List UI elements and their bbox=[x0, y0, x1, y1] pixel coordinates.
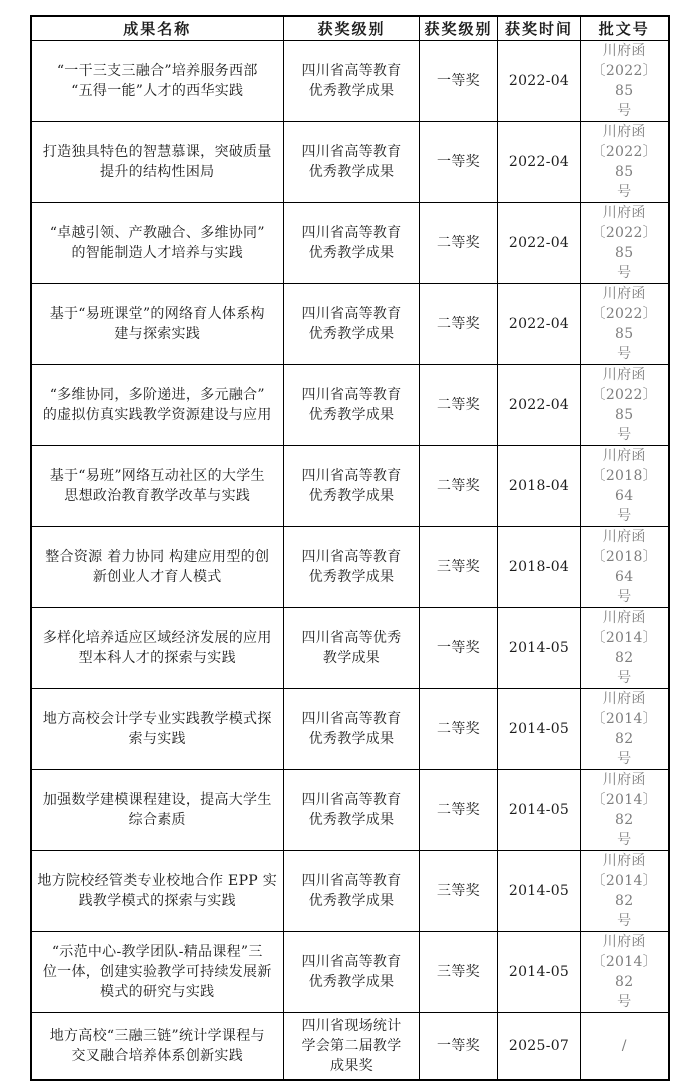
award-level-cell: 一等奖 bbox=[420, 41, 498, 122]
table-row: “卓越引领、产教融合、多维协同” 的智能制造人才培养与实践四川省高等教育 优秀教… bbox=[31, 203, 669, 284]
doc-number-cell: 川府函 〔2022〕85 号 bbox=[581, 365, 669, 446]
award-name-cell: 四川省高等教育 优秀教学成果 bbox=[284, 689, 420, 770]
col-header-award-name: 获奖级别 bbox=[284, 16, 420, 41]
result-name-cell: 基于“易班课堂”的网络育人体系构 建与探索实践 bbox=[31, 284, 284, 365]
award-level-cell: 三等奖 bbox=[420, 932, 498, 1013]
award-level-cell: 一等奖 bbox=[420, 608, 498, 689]
doc-number-cell: 川府函 〔2022〕85 号 bbox=[581, 122, 669, 203]
result-name-cell: “示范中心-教学团队-精品课程”三 位一体，创建实验教学可持续发展新 模式的研究… bbox=[31, 932, 284, 1013]
table-row: “多维协同，多阶递进，多元融合” 的虚拟仿真实践教学资源建设与应用四川省高等教育… bbox=[31, 365, 669, 446]
result-name-cell: 打造独具特色的智慧慕课，突破质量 提升的结构性困局 bbox=[31, 122, 284, 203]
table-row: 打造独具特色的智慧慕课，突破质量 提升的结构性困局四川省高等教育 优秀教学成果一… bbox=[31, 122, 669, 203]
award-name-cell: 四川省高等教育 优秀教学成果 bbox=[284, 932, 420, 1013]
table-row: 基于“易班课堂”的网络育人体系构 建与探索实践四川省高等教育 优秀教学成果二等奖… bbox=[31, 284, 669, 365]
results-table-body: “一干三支三融合”培养服务西部 “五得一能”人才的西华实践四川省高等教育 优秀教… bbox=[31, 41, 669, 1080]
table-row: 整合资源 着力协同 构建应用型的创 新创业人才育人模式四川省高等教育 优秀教学成… bbox=[31, 527, 669, 608]
results-table: 成果名称 获奖级别 获奖级别 获奖时间 批文号 “一干三支三融合”培养服务西部 … bbox=[30, 15, 670, 1081]
doc-number-cell: 川府函 〔2022〕85 号 bbox=[581, 203, 669, 284]
award-name-cell: 四川省高等教育 优秀教学成果 bbox=[284, 446, 420, 527]
award-name-cell: 四川省高等教育 优秀教学成果 bbox=[284, 527, 420, 608]
award-time-cell: 2018-04 bbox=[498, 446, 581, 527]
award-time-cell: 2022-04 bbox=[498, 122, 581, 203]
table-row: 多样化培养适应区域经济发展的应用 型本科人才的探索与实践四川省高等优秀 教学成果… bbox=[31, 608, 669, 689]
award-level-cell: 一等奖 bbox=[420, 1013, 498, 1080]
award-time-cell: 2018-04 bbox=[498, 527, 581, 608]
award-time-cell: 2022-04 bbox=[498, 365, 581, 446]
col-header-result-name: 成果名称 bbox=[31, 16, 284, 41]
award-level-cell: 二等奖 bbox=[420, 446, 498, 527]
award-time-cell: 2014-05 bbox=[498, 770, 581, 851]
doc-number-cell: 川府函 〔2014〕82 号 bbox=[581, 608, 669, 689]
header-row: 成果名称 获奖级别 获奖级别 获奖时间 批文号 bbox=[31, 16, 669, 41]
doc-number-cell: 川府函 〔2014〕82 号 bbox=[581, 770, 669, 851]
table-row: 加强数学建模课程建设，提高大学生 综合素质四川省高等教育 优秀教学成果二等奖20… bbox=[31, 770, 669, 851]
award-time-cell: 2022-04 bbox=[498, 203, 581, 284]
table-row: 地方院校经管类专业校地合作 EPP 实 践教学模式的探索与实践四川省高等教育 优… bbox=[31, 851, 669, 932]
result-name-cell: “一干三支三融合”培养服务西部 “五得一能”人才的西华实践 bbox=[31, 41, 284, 122]
result-name-cell: 地方院校经管类专业校地合作 EPP 实 践教学模式的探索与实践 bbox=[31, 851, 284, 932]
award-name-cell: 四川省高等教育 优秀教学成果 bbox=[284, 365, 420, 446]
table-row: “示范中心-教学团队-精品课程”三 位一体，创建实验教学可持续发展新 模式的研究… bbox=[31, 932, 669, 1013]
doc-number-cell: / bbox=[581, 1013, 669, 1080]
result-name-cell: 地方高校会计学专业实践教学模式探 索与实践 bbox=[31, 689, 284, 770]
doc-number-cell: 川府函 〔2022〕85 号 bbox=[581, 284, 669, 365]
award-time-cell: 2022-04 bbox=[498, 284, 581, 365]
award-time-cell: 2014-05 bbox=[498, 608, 581, 689]
award-level-cell: 二等奖 bbox=[420, 284, 498, 365]
award-name-cell: 四川省高等教育 优秀教学成果 bbox=[284, 284, 420, 365]
award-name-cell: 四川省高等教育 优秀教学成果 bbox=[284, 122, 420, 203]
award-name-cell: 四川省高等教育 优秀教学成果 bbox=[284, 851, 420, 932]
doc-number-cell: 川府函 〔2014〕82 号 bbox=[581, 932, 669, 1013]
result-name-cell: 整合资源 着力协同 构建应用型的创 新创业人才育人模式 bbox=[31, 527, 284, 608]
result-name-cell: 地方高校“三融三链”统计学课程与 交叉融合培养体系创新实践 bbox=[31, 1013, 284, 1080]
award-time-cell: 2014-05 bbox=[498, 851, 581, 932]
award-level-cell: 二等奖 bbox=[420, 770, 498, 851]
award-name-cell: 四川省高等教育 优秀教学成果 bbox=[284, 203, 420, 284]
award-level-cell: 二等奖 bbox=[420, 689, 498, 770]
award-level-cell: 一等奖 bbox=[420, 122, 498, 203]
award-level-cell: 三等奖 bbox=[420, 527, 498, 608]
award-name-cell: 四川省高等教育 优秀教学成果 bbox=[284, 770, 420, 851]
col-header-doc-number: 批文号 bbox=[581, 16, 669, 41]
award-level-cell: 三等奖 bbox=[420, 851, 498, 932]
result-name-cell: 加强数学建模课程建设，提高大学生 综合素质 bbox=[31, 770, 284, 851]
result-name-cell: “卓越引领、产教融合、多维协同” 的智能制造人才培养与实践 bbox=[31, 203, 284, 284]
award-time-cell: 2014-05 bbox=[498, 932, 581, 1013]
award-time-cell: 2014-05 bbox=[498, 689, 581, 770]
doc-number-cell: 川府函 〔2014〕82 号 bbox=[581, 851, 669, 932]
award-level-cell: 二等奖 bbox=[420, 365, 498, 446]
col-header-award-time: 获奖时间 bbox=[498, 16, 581, 41]
table-row: 地方高校会计学专业实践教学模式探 索与实践四川省高等教育 优秀教学成果二等奖20… bbox=[31, 689, 669, 770]
table-row: 地方高校“三融三链”统计学课程与 交叉融合培养体系创新实践四川省现场统计 学会第… bbox=[31, 1013, 669, 1080]
table-row: “一干三支三融合”培养服务西部 “五得一能”人才的西华实践四川省高等教育 优秀教… bbox=[31, 41, 669, 122]
col-header-award-level: 获奖级别 bbox=[420, 16, 498, 41]
award-level-cell: 二等奖 bbox=[420, 203, 498, 284]
result-name-cell: 多样化培养适应区域经济发展的应用 型本科人才的探索与实践 bbox=[31, 608, 284, 689]
result-name-cell: 基于“易班”网络互动社区的大学生 思想政治教育教学改革与实践 bbox=[31, 446, 284, 527]
award-name-cell: 四川省高等教育 优秀教学成果 bbox=[284, 41, 420, 122]
doc-number-cell: 川府函 〔2018〕64 号 bbox=[581, 527, 669, 608]
doc-number-cell: 川府函 〔2022〕85 号 bbox=[581, 41, 669, 122]
result-name-cell: “多维协同，多阶递进，多元融合” 的虚拟仿真实践教学资源建设与应用 bbox=[31, 365, 284, 446]
award-name-cell: 四川省高等优秀 教学成果 bbox=[284, 608, 420, 689]
table-row: 基于“易班”网络互动社区的大学生 思想政治教育教学改革与实践四川省高等教育 优秀… bbox=[31, 446, 669, 527]
doc-number-cell: 川府函 〔2014〕82 号 bbox=[581, 689, 669, 770]
award-time-cell: 2025-07 bbox=[498, 1013, 581, 1080]
award-time-cell: 2022-04 bbox=[498, 41, 581, 122]
award-name-cell: 四川省现场统计 学会第二届教学 成果奖 bbox=[284, 1013, 420, 1080]
doc-number-cell: 川府函 〔2018〕64 号 bbox=[581, 446, 669, 527]
